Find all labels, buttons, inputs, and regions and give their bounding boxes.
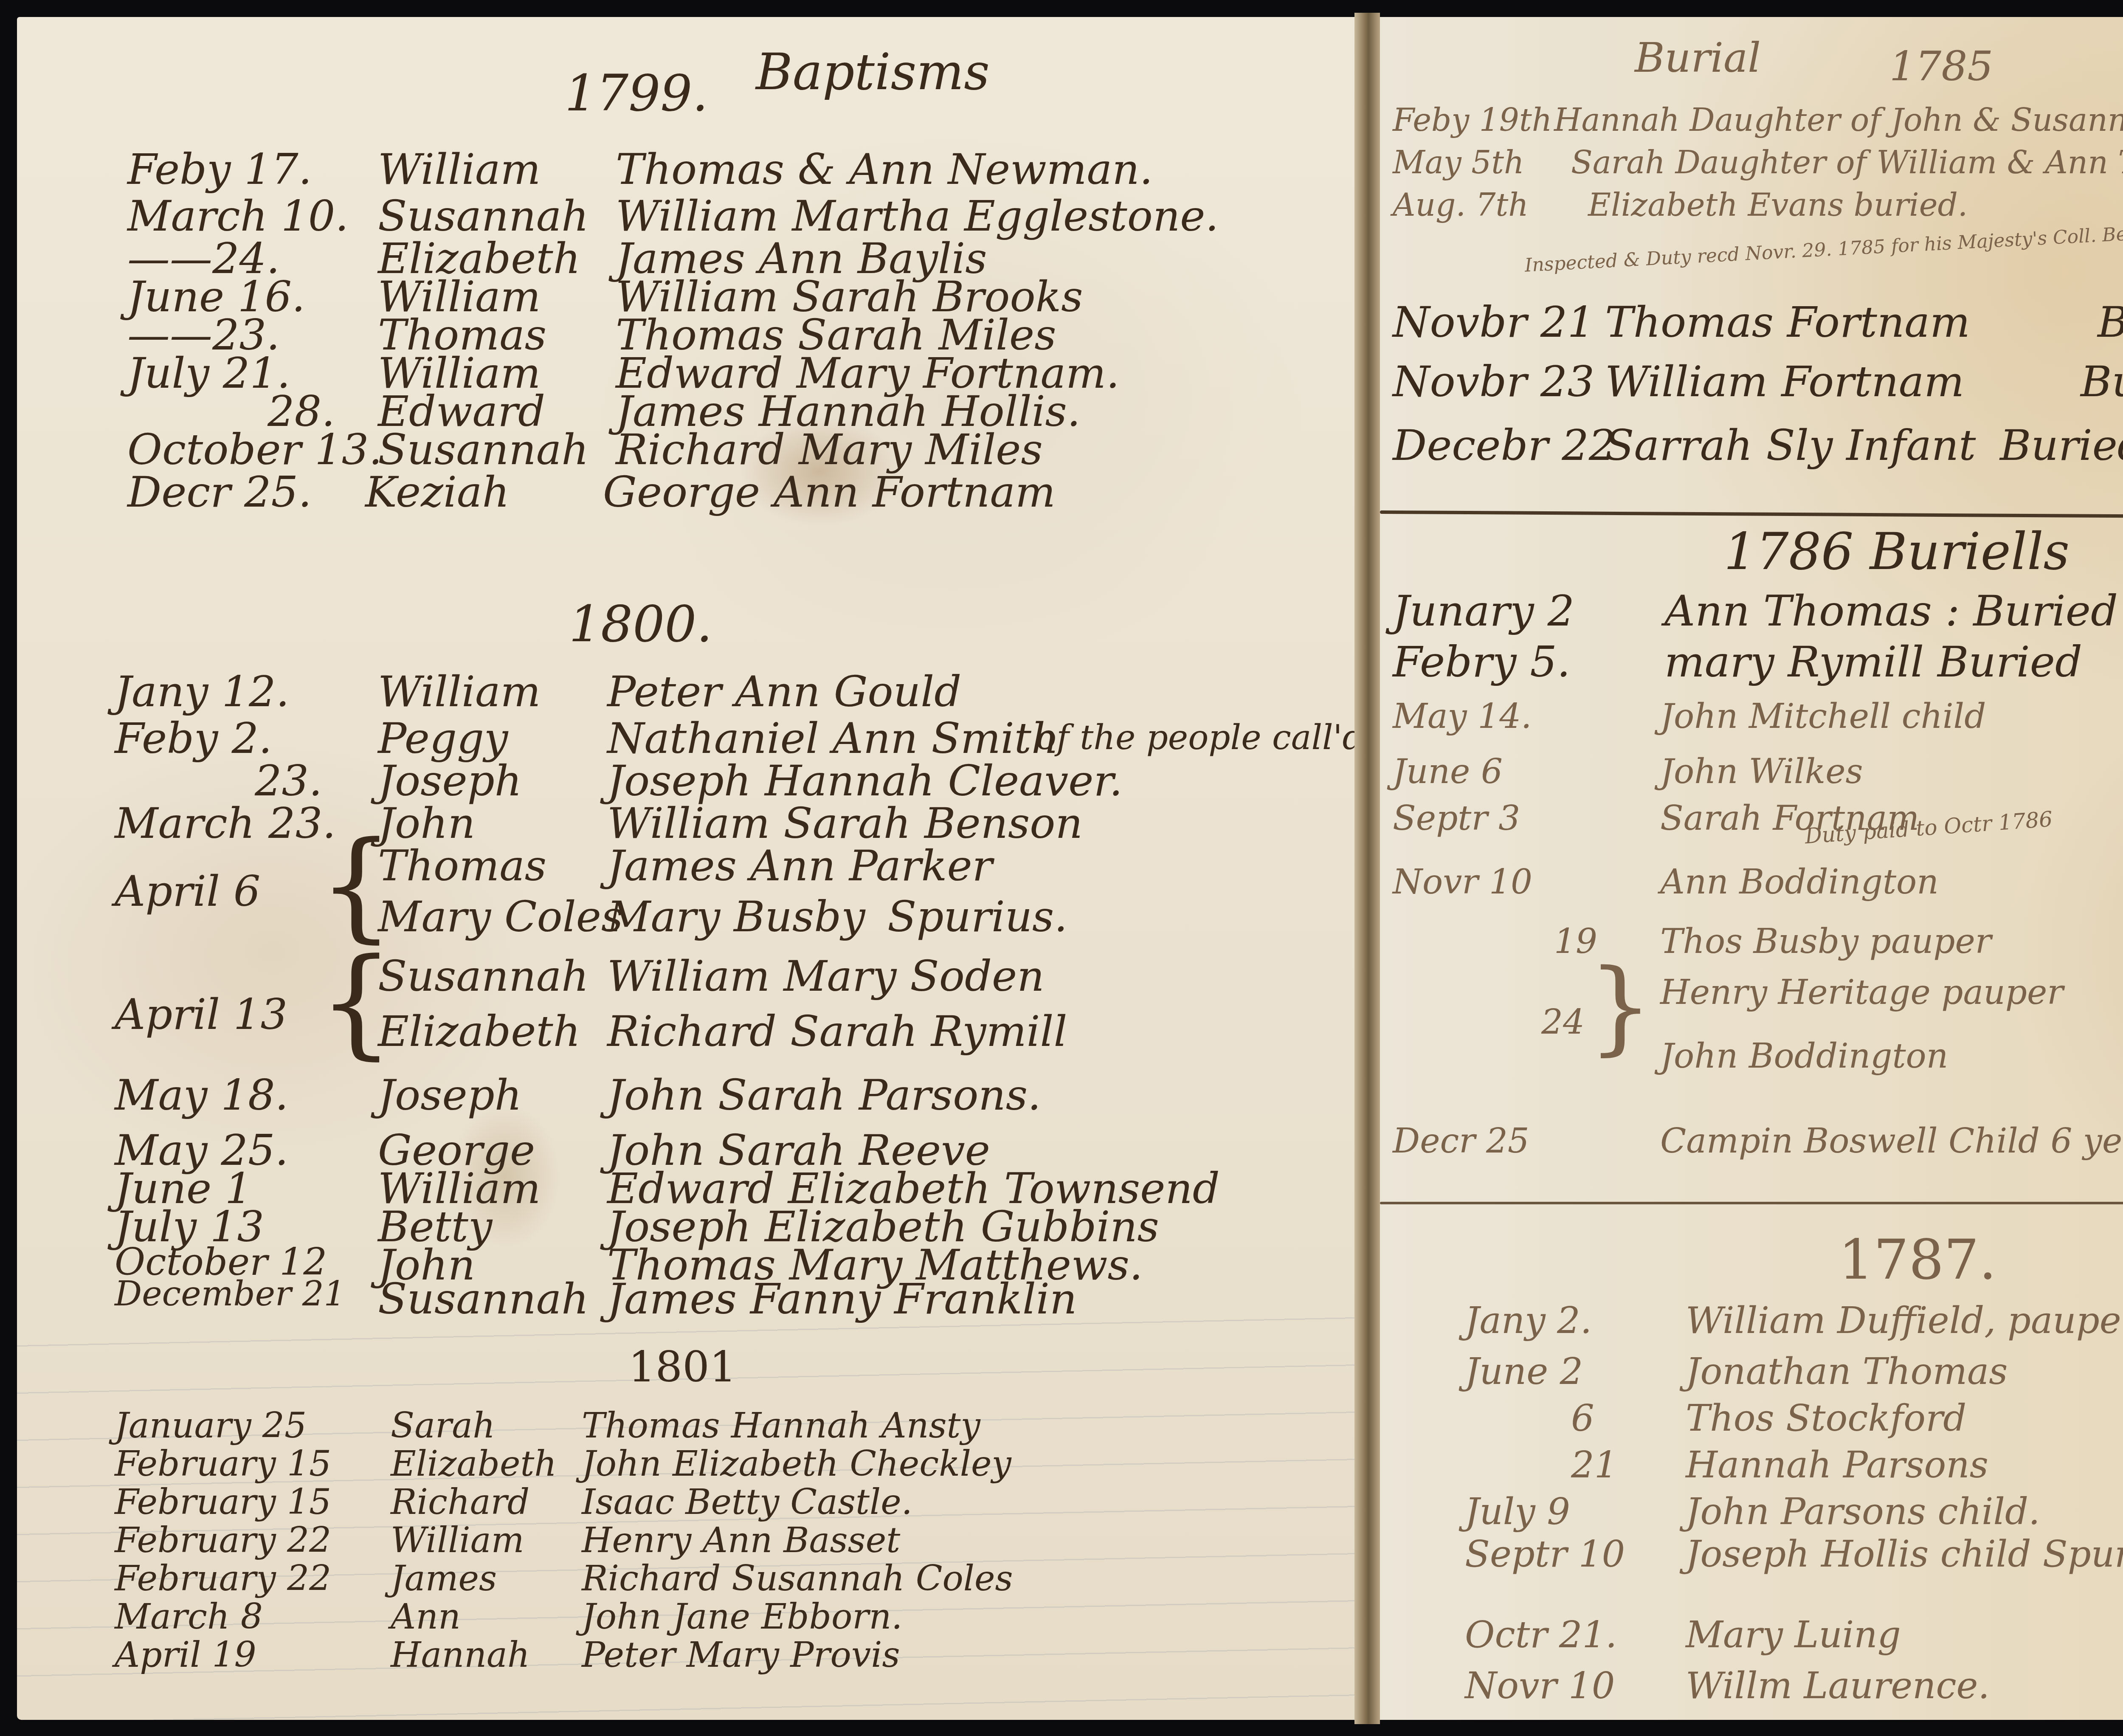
heading-year-1785: 1785 <box>1889 42 1993 90</box>
heading-1786-buriells: 1786 Buriells <box>1724 522 2070 581</box>
heading-year-1801: 1801 <box>628 1342 737 1392</box>
heading-year-1799: 1799. <box>565 64 708 122</box>
heading-baptisms: Baptisms <box>756 42 990 101</box>
section-divider <box>1380 1202 2123 1204</box>
group-date-nov-24: 24 <box>1541 1002 1585 1042</box>
gypsy-note: of the people call'd Gypsies <box>1036 718 1354 757</box>
brace-nov-24: } <box>1588 955 1653 1057</box>
book-spread: 1799. Baptisms Feby 17. William Thomas &… <box>0 0 2123 1736</box>
group-date-april-13: April 13 <box>115 989 287 1039</box>
right-page: 40 Burial 1785 Feby 19th Hannah Daughter… <box>1380 17 2123 1720</box>
section-divider <box>1380 510 2123 521</box>
heading-year-1800: 1800. <box>569 595 712 653</box>
duty-annotation: Inspected & Duty recd Novr. 29. 1785 for… <box>1524 221 2123 276</box>
left-page: 1799. Baptisms Feby 17. William Thomas &… <box>17 17 1354 1720</box>
heading-year-1787: 1787. <box>1839 1227 1996 1292</box>
group-date-april-6: April 6 <box>115 866 260 916</box>
heading-burial: Burial <box>1635 34 1761 82</box>
book-spine <box>1354 13 1380 1724</box>
